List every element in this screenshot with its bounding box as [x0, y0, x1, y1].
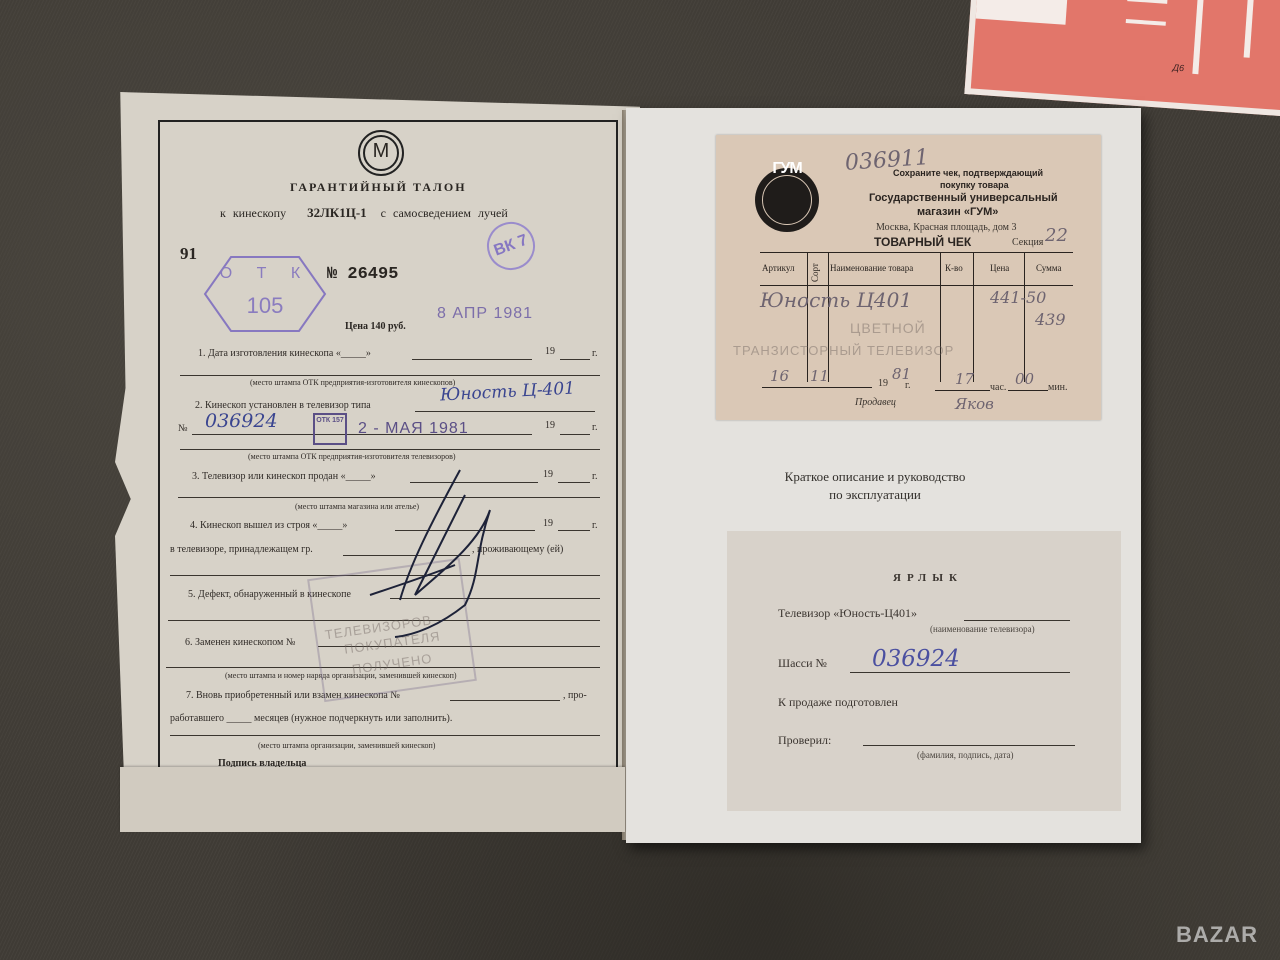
item-6-label: 6. Заменен кинескопом № — [185, 637, 295, 648]
warranty-subtitle: к кинескопу 32ЛК1Ц-1 с самосведением луч… — [220, 205, 508, 221]
pcb-label: Д6 — [1172, 62, 1184, 73]
gum-logo-icon: ГУМ — [755, 168, 819, 232]
watermark-logo: BAZAR — [1176, 922, 1258, 948]
checked-label: Проверил: — [778, 733, 831, 748]
pcb-board-corner: Д6 — [964, 0, 1280, 118]
form-number: 91 — [180, 244, 197, 264]
item-7-caption: (место штампа организации, заменившей ки… — [258, 741, 435, 750]
receipt-sum: 439 — [1035, 310, 1066, 329]
stamp-date-may: 2 - МАЯ 1981 — [358, 420, 469, 438]
seller-label: Продавец — [855, 397, 896, 408]
seller-signature: Яков — [955, 395, 994, 413]
label-title: ЯРЛЫК — [893, 572, 963, 584]
stamp-date-april: 8 АПР 1981 — [437, 305, 533, 323]
price-label: Цена 140 руб. — [345, 321, 406, 332]
tv-model-label: Телевизор «Юность-Ц401» — [778, 606, 917, 621]
manual-title: Краткое описание и руководство по эксплу… — [710, 468, 1040, 504]
item-4-owner-label: в телевизоре, принадлежащем гр. — [170, 544, 313, 555]
item-2-caption: (место штампа ОТК предприятия-изготовите… — [248, 452, 456, 461]
prepared-label: К продаже подготовлен — [778, 695, 898, 710]
item-1-caption: (место штампа ОТК предприятия-изготовите… — [250, 378, 455, 387]
warranty-title: ГАРАНТИЙНЫЙ ТАЛОН — [290, 180, 467, 195]
receipt-item-name: Юность Ц401 — [760, 288, 912, 312]
folded-paper-flap — [120, 767, 625, 832]
receipt-price: 441-50 — [990, 288, 1046, 307]
chassis-label: Шасси № — [778, 656, 827, 671]
item-1-label: 1. Дата изготовления кинескопа «_____» — [198, 348, 371, 359]
signature-scribble — [340, 465, 500, 645]
otk-hex-stamp: О Т К 105 — [203, 253, 327, 335]
receipt-title: ТОВАРНЫЙ ЧЕК — [874, 235, 971, 249]
item-4-label: 4. Кинескоп вышел из строя «_____» — [190, 520, 347, 531]
item-7-months: работавшего _____ месяцев (нужное подчер… — [170, 713, 452, 724]
serial-number: № 26495 — [327, 265, 398, 284]
handwritten-serial: 036924 — [205, 410, 278, 432]
manufacturer-logo-icon: M — [358, 130, 404, 176]
chassis-number: 036924 — [872, 646, 960, 672]
otk-small-stamp: ОТК 157 — [313, 413, 347, 445]
